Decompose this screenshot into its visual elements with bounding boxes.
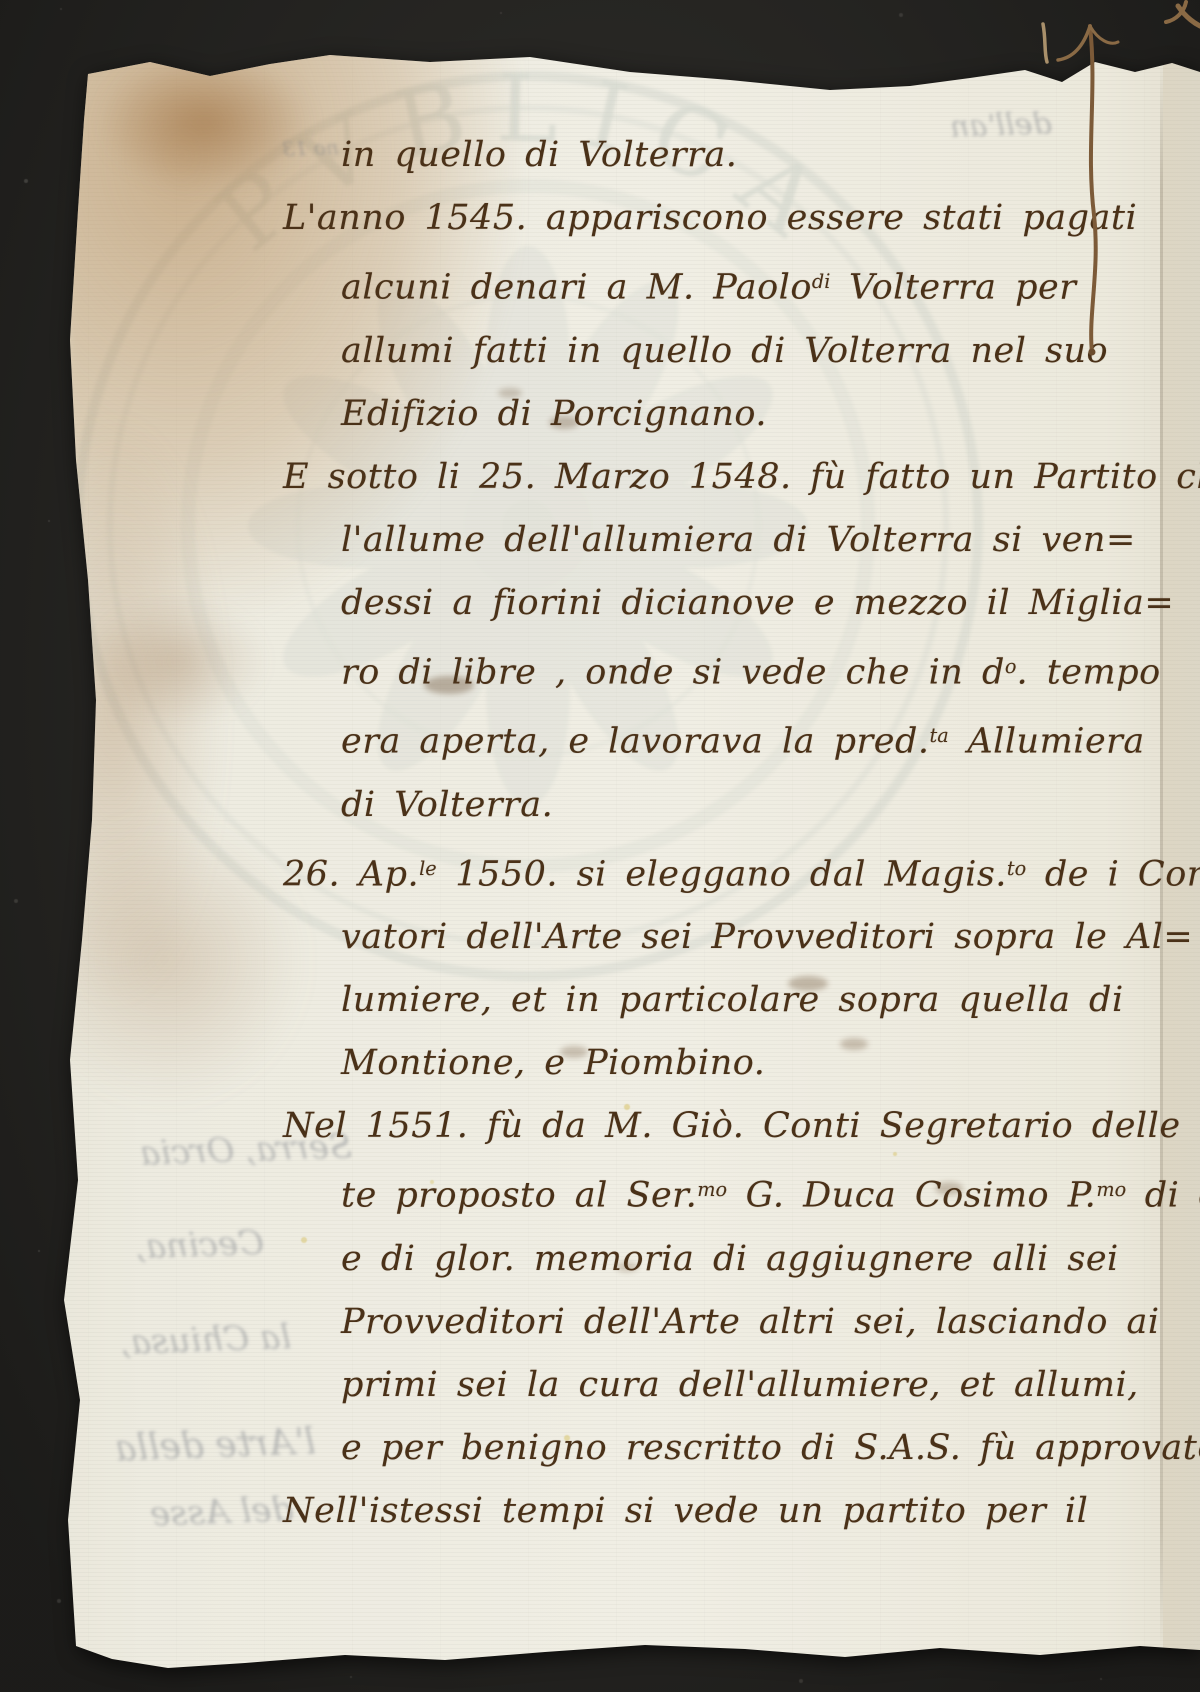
manuscript-line: primi sei la cura dell'allumiere, et all…	[341, 1354, 1200, 1417]
manuscript-line: era aperta, e lavorava la pred.ta Allumi…	[341, 704, 1200, 774]
line-text: l'allume dell'allumiera di Volterra si v…	[341, 520, 1136, 560]
manuscript-line: Montione, e Piombino.	[341, 1032, 1200, 1095]
line-text: vatori dell'Arte sei Provveditori sopra …	[341, 917, 1193, 957]
manuscript-line: allumi fatti in quello di Volterra nel s…	[341, 320, 1200, 383]
manuscript-line: Edifizio di Porcignano.	[341, 383, 1200, 446]
superscript-abbreviation: di	[812, 270, 830, 293]
line-text: Montione, e Piombino.	[341, 1043, 765, 1083]
paper-flecks	[0, 0, 4, 4]
line-text: Volterra per	[830, 268, 1076, 308]
superscript-abbreviation: ta	[930, 724, 949, 747]
line-text: E sotto li 25. Marzo 1548. fù fatto un P…	[283, 457, 1200, 497]
manuscript-line: Provveditori dell'Arte altri sei, lascia…	[341, 1291, 1200, 1354]
line-text: L'anno 1545. appariscono essere stati pa…	[283, 198, 1137, 238]
line-text: Nel 1551. fù da M. Giò. Conti Segretario…	[283, 1106, 1200, 1146]
manuscript-line: lumiere, et in particolare sopra quella …	[341, 969, 1200, 1032]
line-text: primi sei la cura dell'allumiere, et all…	[341, 1365, 1139, 1405]
superscript-abbreviation: le	[419, 857, 437, 880]
line-text: dessi a fiorini dicianove e mezzo il Mig…	[341, 583, 1174, 623]
line-text: te proposto al Ser.	[341, 1176, 697, 1216]
manuscript-line: Nel 1551. fù da M. Giò. Conti Segretario…	[283, 1095, 1200, 1158]
line-text: alcuni denari a M. Paolo	[341, 268, 812, 308]
manuscript-line: e per benigno rescritto di S.A.S. fù app…	[341, 1417, 1200, 1480]
line-text: in quello di Volterra.	[341, 135, 737, 175]
line-text: di eterna,	[1126, 1176, 1200, 1216]
manuscript-line: alcuni denari a M. Paolodi Volterra per	[341, 250, 1200, 320]
superscript-abbreviation: to	[1007, 857, 1026, 880]
line-text: Provveditori dell'Arte altri sei, lascia…	[341, 1302, 1160, 1342]
line-text: e di glor. memoria di aggiugnere alli se…	[341, 1239, 1119, 1279]
line-text: de i Conser=	[1026, 854, 1200, 894]
manuscript-line: E sotto li 25. Marzo 1548. fù fatto un P…	[283, 446, 1200, 509]
manuscript-line: vatori dell'Arte sei Provveditori sopra …	[341, 906, 1200, 969]
manuscript-line: in quello di Volterra.	[341, 124, 1200, 187]
manuscript-line: ro di libre , onde si vede che in do. te…	[341, 635, 1200, 705]
line-text: Allumiera	[949, 722, 1145, 762]
superscript-abbreviation: o	[1005, 655, 1017, 678]
manuscript-line: l'allume dell'allumiera di Volterra si v…	[341, 509, 1200, 572]
line-text: allumi fatti in quello di Volterra nel s…	[341, 331, 1108, 371]
manuscript-line: e di glor. memoria di aggiugnere alli se…	[341, 1228, 1200, 1291]
line-text: era aperta, e lavorava la pred.	[341, 722, 930, 762]
line-text: di Volterra.	[341, 785, 553, 825]
superscript-abbreviation: mo	[1096, 1178, 1126, 1201]
manuscript-line: 26. Ap.le 1550. si eleggano dal Magis.to…	[283, 837, 1200, 907]
manuscript-text-block: in quello di Volterra.L'anno 1545. appar…	[0, 124, 1200, 1543]
line-text: Edifizio di Porcignano.	[341, 394, 767, 434]
line-text: 1550. si eleggano dal Magis.	[437, 854, 1007, 894]
line-text: 26. Ap.	[283, 854, 419, 894]
manuscript-line: Nell'istessi tempi si vede un partito pe…	[283, 1480, 1200, 1543]
manuscript-line: L'anno 1545. appariscono essere stati pa…	[283, 187, 1200, 250]
line-text: ro di libre , onde si vede che in d	[341, 652, 1005, 692]
line-text: e per benigno rescritto di S.A.S. fù app…	[341, 1428, 1200, 1468]
line-text: lumiere, et in particolare sopra quella …	[341, 980, 1124, 1020]
manuscript-line: te proposto al Ser.mo G. Duca Cosimo P.m…	[341, 1158, 1200, 1228]
superscript-abbreviation: mo	[697, 1178, 727, 1201]
paper-sheet: PVBLICA	[0, 0, 1200, 1692]
manuscript-line: di Volterra.	[341, 774, 1200, 837]
line-text: G. Duca Cosimo P.	[727, 1176, 1096, 1216]
manuscript-line: dessi a fiorini dicianove e mezzo il Mig…	[341, 572, 1200, 635]
line-text: Nell'istessi tempi si vede un partito pe…	[283, 1491, 1088, 1531]
paper-shadow-wrap: PVBLICA	[0, 0, 1200, 1692]
archival-scan: PVBLICA	[0, 0, 1200, 1692]
line-text: . tempo	[1016, 652, 1160, 692]
